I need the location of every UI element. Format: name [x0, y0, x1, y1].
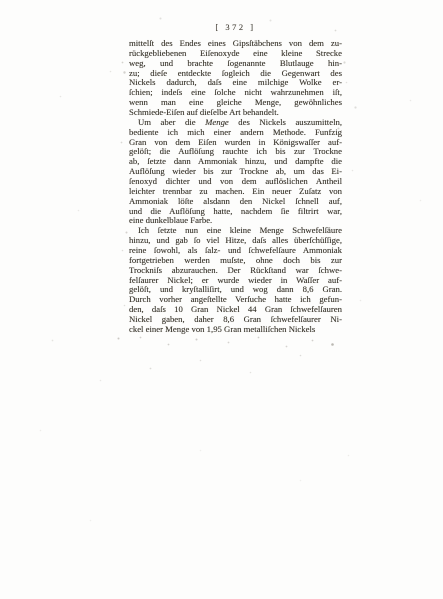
text-segment: zu; dieſe entdeckte ſogleich die Gegenwa… [129, 68, 342, 78]
text-segment: ckel einer Menge von 1,95 Gran metalliſc… [129, 324, 315, 334]
page-number: [ 372 ] [129, 22, 342, 32]
text-segment: Ammoniak löſte alsdann den Nickel ſchnel… [129, 196, 342, 206]
book-page-scan: [ 372 ] mittelſt des Endes eines Gipsſtä… [0, 0, 443, 599]
text-segment: ab, ſetzte dann Ammoniak hinzu, und damp… [129, 156, 342, 166]
italic-term: Menge [205, 117, 229, 127]
text-segment: Nickels dadurch, daſs eine milchige Wolk… [129, 77, 342, 87]
text-segment: rückgebliebenen Eiſenoxyde eine kleine S… [129, 48, 342, 58]
text-line: ckel einer Menge von 1,95 Gran metalliſc… [129, 325, 342, 335]
text-segment: weg, und brachte ſogenannte Blutlauge hi… [129, 58, 342, 68]
text-segment: gelöſt; die Auflöſung rauchte ich bis zu… [129, 146, 342, 156]
text-segment: Durch vorher angeſtellte Verſuche hatte … [129, 294, 342, 304]
text-segment: eine dunkelblaue Farbe. [129, 215, 212, 225]
text-segment: ſchien; indeſs eine ſolche nicht wahrzun… [129, 87, 342, 97]
text-segment: Ich ſetzte nun eine kleine Menge Schwefe… [138, 225, 342, 235]
text-segment: Nickel gaben, daher 8,6 Gran ſchwefelſau… [129, 314, 342, 324]
text-segment: Schmiede-Eiſen auf dieſelbe Art behandel… [129, 107, 279, 117]
text-segment: felſaurer Nickel; er wurde wieder in Waſ… [129, 275, 342, 285]
text-segment: leichter trennbar zu machen. Ein neuer Z… [129, 186, 342, 196]
text-segment: Um aber die [138, 117, 205, 127]
text-segment: und die Auflöſung hatte, nachdem ſie fil… [129, 206, 342, 216]
text-segment: Gran von dem Eiſen wurden in Königswaſſe… [129, 137, 342, 147]
text-segment: hinzu, und gab ſo viel Hitze, daſs alles… [129, 235, 342, 245]
text-segment: Trockniſs abzurauchen. Der Rückſtand war… [129, 265, 342, 275]
text-segment: den, daſs 10 Gran Nickel 44 Gran ſchwefe… [129, 304, 342, 314]
text-segment: bediente ich mich einer andern Methode. … [129, 127, 342, 137]
text-segment: gelöſt, und kryſtalliſirt, und wog dann … [129, 284, 342, 294]
text-segment: fortgetrieben werden muſste, ohne doch b… [129, 255, 342, 265]
text-segment: mittelſt des Endes eines Gipsſtäbchens v… [129, 38, 342, 48]
text-segment: wenn man eine gleiche Menge, gewöhnliche… [129, 97, 342, 107]
scan-noise-blots [0, 0, 1, 1]
text-segment: Auflöſung wieder bis zur Trockne ab, um … [129, 166, 342, 176]
text-segment: des Nickels auszumitteln, [229, 117, 342, 127]
text-segment: ſenoxyd dichter und von dem auflöslichen… [129, 176, 342, 186]
text-segment: reine ſowohl, als ſalz- und ſchwefelſaur… [129, 245, 342, 255]
text-block: mittelſt des Endes eines Gipsſtäbchens v… [129, 39, 342, 335]
